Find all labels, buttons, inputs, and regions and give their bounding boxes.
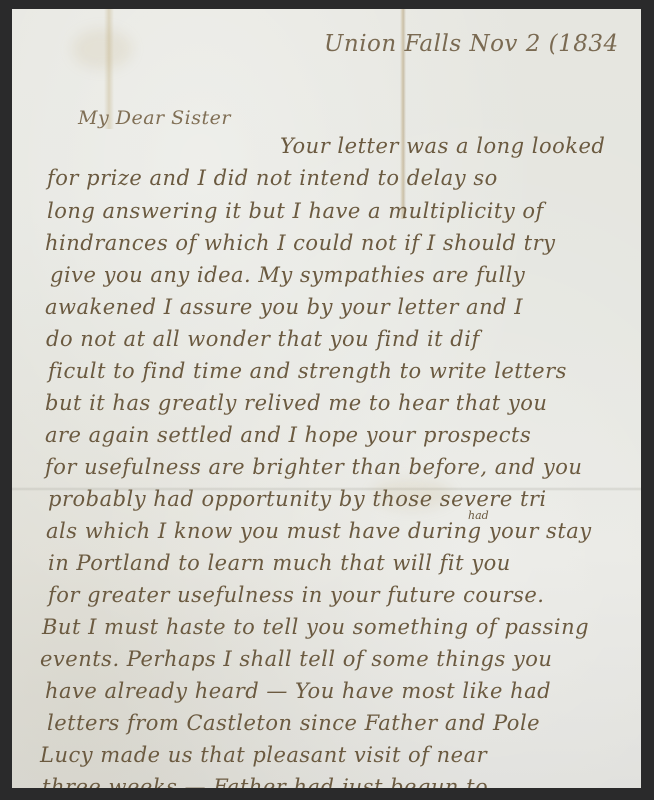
letter-line: for greater usefulness in your future co…	[48, 583, 544, 607]
letter-line: but it has greatly relived me to hear th…	[45, 391, 547, 415]
letter-line: But I must haste to tell you something o…	[42, 615, 589, 639]
letter-line: Your letter was a long looked	[280, 134, 605, 158]
letter-line: give you any idea. My sympathies are ful…	[50, 263, 525, 287]
letter-line: for prize and I did not intend to delay …	[47, 166, 498, 190]
letter-line: hindrances of which I could not if I sho…	[45, 231, 556, 255]
letter-line: for usefulness are brighter than before,…	[45, 455, 582, 479]
letter-line: have already heard — You have most like …	[45, 679, 551, 703]
letter-line: probably had opportunity by those severe…	[48, 487, 547, 511]
letter-line: do not at all wonder that you find it di…	[46, 327, 480, 351]
paper-stain	[72, 29, 132, 69]
letter-line: Lucy made us that pleasant visit of near	[40, 743, 487, 767]
letter-page: Union Falls Nov 2 (1834 My Dear Sister Y…	[12, 9, 641, 788]
letter-line: are again settled and I hope your prospe…	[45, 423, 531, 447]
letter-line: events. Perhaps I shall tell of some thi…	[40, 647, 552, 671]
letter-line: ficult to find time and strength to writ…	[48, 359, 567, 383]
letter-dateline: Union Falls Nov 2 (1834	[324, 31, 619, 57]
letter-line: in Portland to learn much that will fit …	[48, 551, 511, 575]
scan-frame: Union Falls Nov 2 (1834 My Dear Sister Y…	[0, 0, 654, 800]
letter-line: als which I know you must have during yo…	[46, 519, 592, 543]
letter-salutation: My Dear Sister	[78, 107, 231, 129]
letter-line: three weeks — Father had just begun to	[42, 775, 488, 788]
letter-line: letters from Castleton since Father and …	[47, 711, 540, 735]
letter-line: long answering it but I have a multiplic…	[47, 199, 544, 223]
letter-line: awakened I assure you by your letter and…	[45, 295, 523, 319]
